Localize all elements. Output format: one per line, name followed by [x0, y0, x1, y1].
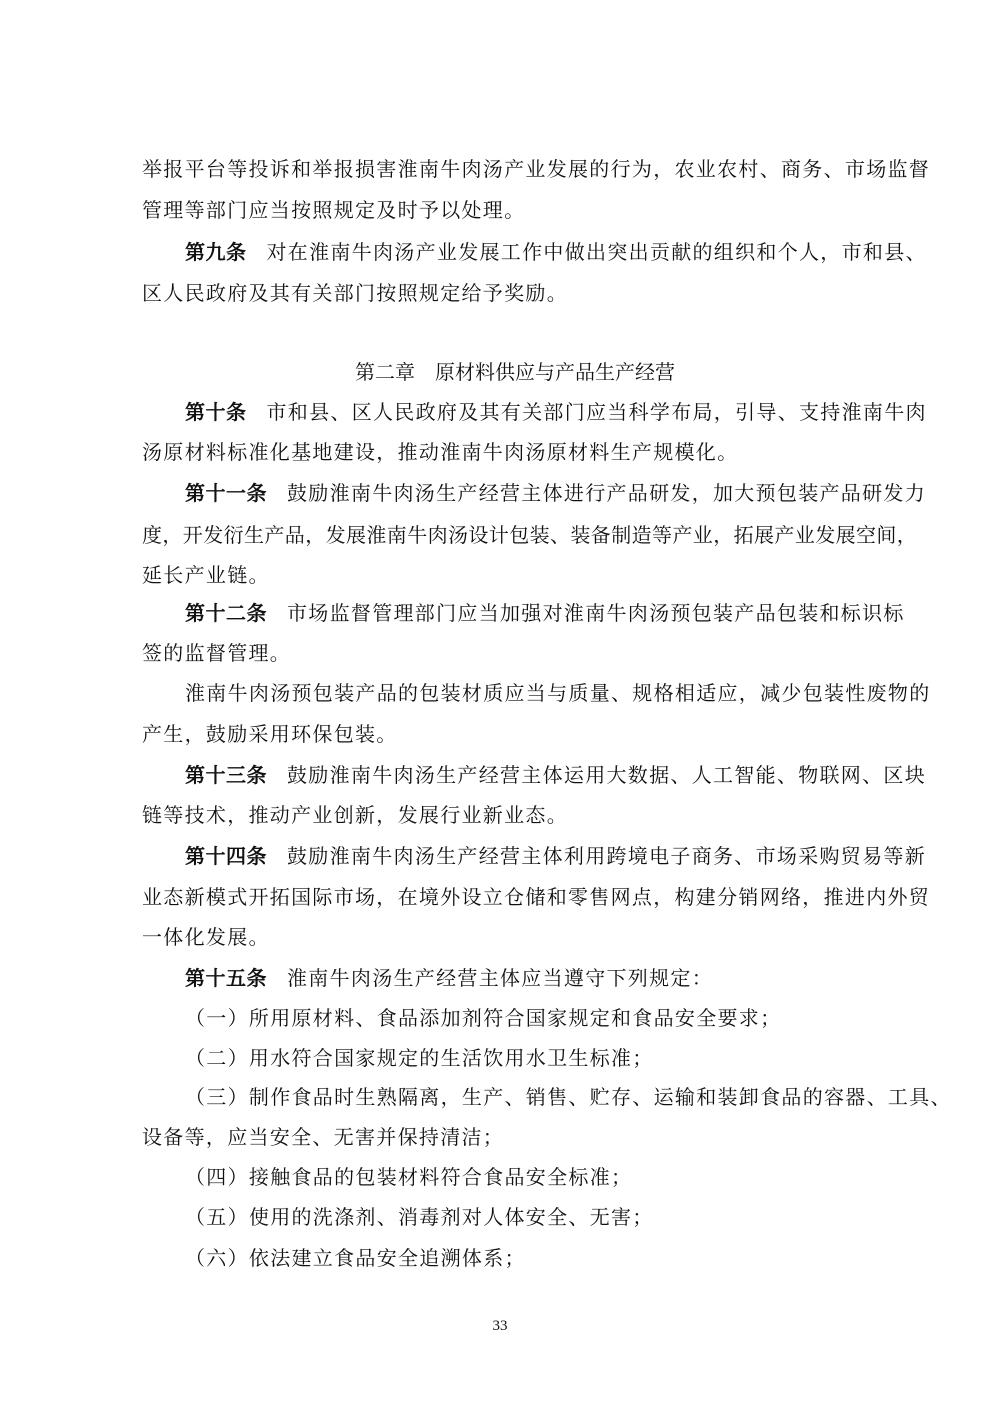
list-item: （六）依法建立食品安全追溯体系； [185, 1243, 526, 1273]
article-14: 第十四条鼓励淮南牛肉汤生产经营主体利用跨境电子商务、市场采购贸易等新 [185, 841, 926, 871]
paragraph-line: 一体化发展。 [142, 922, 270, 952]
article-text: 鼓励淮南牛肉汤生产经营主体进行产品研发，加大预包装产品研发力 [287, 481, 926, 505]
article-11: 第十一条鼓励淮南牛肉汤生产经营主体进行产品研发，加大预包装产品研发力 [185, 478, 926, 508]
article-label: 第十四条 [185, 844, 267, 868]
paragraph-line: 度，开发衍生产品，发展淮南牛肉汤设计包装、装备制造等产业，拓展产业发展空间， [142, 520, 917, 550]
page-number: 33 [0, 1318, 1000, 1335]
list-item: （五）使用的洗涤剂、消毒剂对人体安全、无害； [185, 1202, 654, 1232]
paragraph-line: 签的监督管理。 [142, 638, 291, 668]
paragraph-line: 管理等部门应当按照规定及时予以处理。 [142, 195, 525, 225]
paragraph-line: 区人民政府及其有关部门按照规定给予奖励。 [142, 278, 568, 308]
article-text: 对在淮南牛肉汤产业发展工作中做出突出贡献的组织和个人，市和县、 [267, 240, 927, 264]
list-item: （三）制作食品时生熟隔离，生产、销售、贮存、运输和装卸食品的容器、工具、 [185, 1082, 952, 1112]
paragraph-line: 延长产业链。 [142, 560, 270, 590]
paragraph-line: 汤原材料标准化基地建设，推动淮南牛肉汤原材料生产规模化。 [142, 437, 738, 467]
paragraph-line: 链等技术，推动产业创新，发展行业新业态。 [142, 800, 568, 830]
paragraph-line: 举报平台等投诉和举报损害淮南牛肉汤产业发展的行为，农业农村、商务、市场监督 [142, 154, 930, 184]
chapter-title: 原材料供应与产品生产经营 [435, 360, 675, 384]
chapter-number: 第二章 [355, 360, 415, 384]
article-label: 第十二条 [185, 601, 267, 625]
article-text: 市场监督管理部门应当加强对淮南牛肉汤预包装产品包装和标识标 [287, 601, 905, 625]
article-12: 第十二条市场监督管理部门应当加强对淮南牛肉汤预包装产品包装和标识标 [185, 598, 905, 628]
article-label: 第十三条 [185, 763, 267, 787]
article-label: 第十五条 [185, 966, 267, 990]
list-item-continuation: 设备等，应当安全、无害并保持清洁； [142, 1122, 504, 1152]
article-text: 鼓励淮南牛肉汤生产经营主体利用跨境电子商务、市场采购贸易等新 [287, 844, 926, 868]
article-label: 第十一条 [185, 481, 267, 505]
article-13: 第十三条鼓励淮南牛肉汤生产经营主体运用大数据、人工智能、物联网、区块 [185, 760, 926, 790]
article-label: 第九条 [185, 240, 247, 264]
article-text: 鼓励淮南牛肉汤生产经营主体运用大数据、人工智能、物联网、区块 [287, 763, 926, 787]
paragraph-line: 业态新模式开拓国际市场，在境外设立仓储和零售网点，构建分销网络，推进内外贸 [142, 882, 930, 912]
article-label: 第十条 [185, 400, 247, 424]
list-item: （一）所用原材料、食品添加剂符合国家规定和食品安全要求； [185, 1003, 781, 1033]
article-15: 第十五条淮南牛肉汤生产经营主体应当遵守下列规定： [185, 963, 713, 993]
article-10: 第十条市和县、区人民政府及其有关部门应当科学布局，引导、支持淮南牛肉 [185, 397, 927, 427]
article-text: 淮南牛肉汤生产经营主体应当遵守下列规定： [287, 966, 713, 990]
list-item: （二）用水符合国家规定的生活饮用水卫生标准； [185, 1043, 654, 1073]
article-text: 市和县、区人民政府及其有关部门应当科学布局，引导、支持淮南牛肉 [267, 400, 927, 424]
list-item: （四）接触食品的包装材料符合食品安全标准； [185, 1162, 632, 1192]
chapter-heading: 第二章原材料供应与产品生产经营 [142, 357, 888, 387]
paragraph-line: 淮南牛肉汤预包装产品的包装材质应当与质量、规格相适应，减少包装性废物的 [185, 678, 931, 708]
article-9: 第九条对在淮南牛肉汤产业发展工作中做出突出贡献的组织和个人，市和县、 [185, 237, 927, 267]
paragraph-line: 产生，鼓励采用环保包装。 [142, 719, 398, 749]
